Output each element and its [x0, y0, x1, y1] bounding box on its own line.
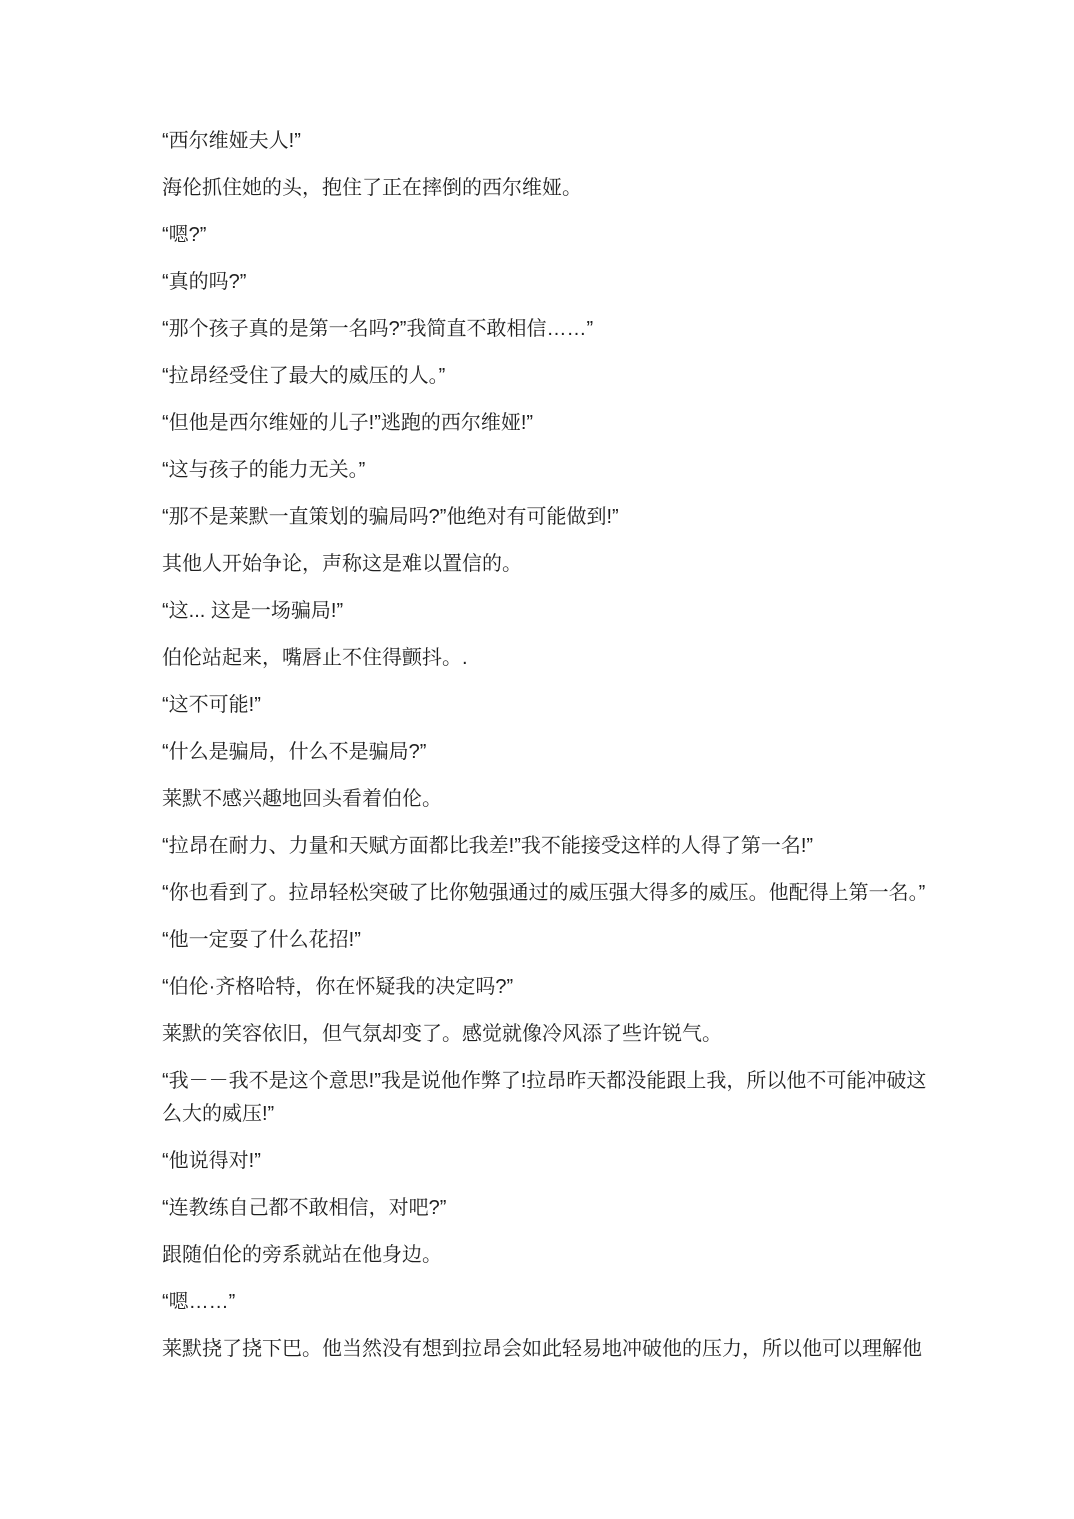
paragraph: “他说得对!”: [162, 1145, 934, 1178]
paragraph: “真的吗?”: [162, 266, 934, 299]
paragraph: “这不可能!”: [162, 689, 934, 722]
paragraph: “他一定耍了什么花招!”: [162, 924, 934, 957]
paragraph: “但他是西尔维娅的儿子!”逃跑的西尔维娅!”: [162, 407, 934, 440]
paragraph: “那个孩子真的是第一名吗?”我简直不敢相信……”: [162, 313, 934, 346]
paragraph: “这... 这是一场骗局!”: [162, 595, 934, 628]
paragraph: “什么是骗局，什么不是骗局?”: [162, 736, 934, 769]
paragraph: “伯伦·齐格哈特，你在怀疑我的决定吗?”: [162, 971, 934, 1004]
document-text-body: “西尔维娅夫人!” 海伦抓住她的头，抱住了正在摔倒的西尔维娅。 “嗯?” “真的…: [162, 125, 934, 1380]
paragraph: “嗯……”: [162, 1286, 934, 1319]
paragraph: 伯伦站起来，嘴唇止不住得颤抖。.: [162, 642, 934, 675]
paragraph: “那不是莱默一直策划的骗局吗?”他绝对有可能做到!”: [162, 501, 934, 534]
paragraph: “嗯?”: [162, 219, 934, 252]
paragraph: “我－－我不是这个意思!”我是说他作弊了!拉昂昨天都没能跟上我，所以他不可能冲破…: [162, 1065, 934, 1131]
paragraph: “西尔维娅夫人!”: [162, 125, 934, 158]
paragraph: 莱默不感兴趣地回头看着伯伦。: [162, 783, 934, 816]
document-page: “西尔维娅夫人!” 海伦抓住她的头，抱住了正在摔倒的西尔维娅。 “嗯?” “真的…: [0, 0, 1074, 1519]
paragraph: 莱默挠了挠下巴。他当然没有想到拉昂会如此轻易地冲破他的压力，所以他可以理解他: [162, 1333, 934, 1366]
paragraph: “拉昂在耐力、力量和天赋方面都比我差!”我不能接受这样的人得了第一名!”: [162, 830, 934, 863]
paragraph: 其他人开始争论，声称这是难以置信的。: [162, 548, 934, 581]
paragraph: “你也看到了。拉昂轻松突破了比你勉强通过的威压强大得多的威压。他配得上第一名。”: [162, 877, 934, 910]
paragraph: “拉昂经受住了最大的威压的人。”: [162, 360, 934, 393]
paragraph: “连教练自己都不敢相信，对吧?”: [162, 1192, 934, 1225]
paragraph: 跟随伯伦的旁系就站在他身边。: [162, 1239, 934, 1272]
paragraph: “这与孩子的能力无关。”: [162, 454, 934, 487]
paragraph: 海伦抓住她的头，抱住了正在摔倒的西尔维娅。: [162, 172, 934, 205]
paragraph: 莱默的笑容依旧，但气氛却变了。感觉就像冷风添了些许锐气。: [162, 1018, 934, 1051]
